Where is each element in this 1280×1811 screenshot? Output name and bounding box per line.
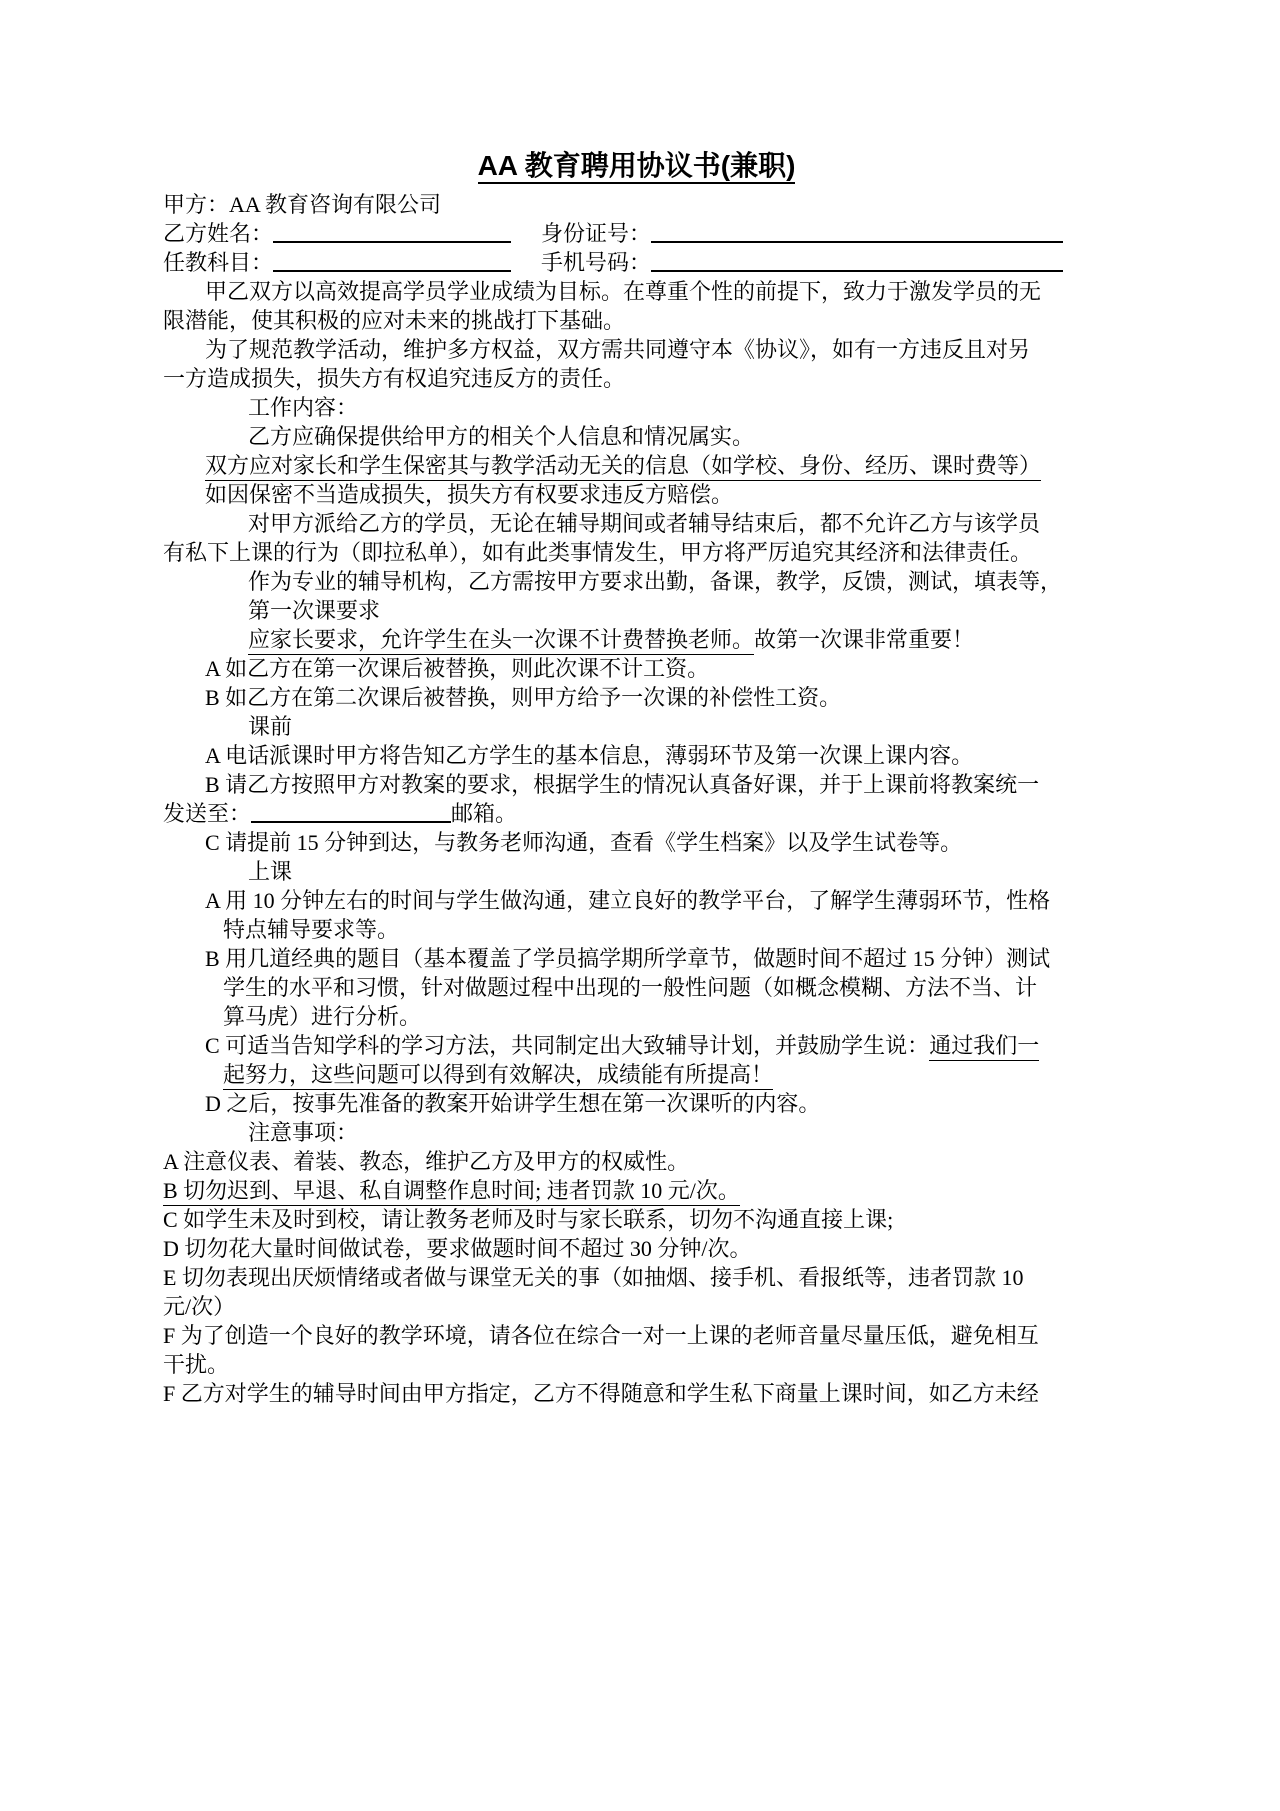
fill-in-blank-line — [273, 221, 511, 243]
document-line: 对甲方派给乙方的学员，无论在辅导期间或者辅导结束后，都不允许乙方与该学员 — [248, 509, 1118, 538]
document-line: 算马虎）进行分析。 — [223, 1002, 1118, 1031]
text-segment: 对甲方派给乙方的学员，无论在辅导期间或者辅导结束后，都不允许乙方与该学员 — [248, 511, 1040, 536]
text-segment: A 注意仪表、着装、教态，维护乙方及甲方的权威性。 — [163, 1149, 689, 1174]
text-segment: 特点辅导要求等。 — [223, 917, 399, 942]
text-segment: 甲方：AA 教育咨询有限公司 — [163, 192, 441, 217]
text-segment: 限潜能，使其积极的应对未来的挑战打下基础。 — [163, 308, 625, 333]
document-line: A 用 10 分钟左右的时间与学生做沟通，建立良好的教学平台，了解学生薄弱环节，… — [205, 886, 1118, 915]
text-segment: B 切勿迟到、早退、私自调整作息时间; 违者罚款 10 元/次。 — [163, 1178, 740, 1206]
document-line: 作为专业的辅导机构，乙方需按甲方要求出勤，备课，教学，反馈，测试，填表等， — [248, 567, 1118, 596]
document-page: AA 教育聘用协议书(兼职) 甲方：AA 教育咨询有限公司乙方姓名：身份证号：任… — [0, 0, 1280, 1811]
document-line: 甲方：AA 教育咨询有限公司 — [163, 190, 1118, 219]
spacer — [511, 269, 541, 270]
text-segment: C 可适当告知学科的学习方法，共同制定出大致辅导计划，并鼓励学生说： — [205, 1033, 929, 1058]
text-segment: 邮箱。 — [451, 801, 517, 826]
document-line: 双方应对家长和学生保密其与教学活动无关的信息（如学校、身份、经历、课时费等） — [205, 451, 1118, 480]
document-line: 学生的水平和习惯，针对做题过程中出现的一般性问题（如概念模糊、方法不当、计 — [223, 973, 1118, 1002]
text-segment: 如因保密不当造成损失，损失方有权要求违反方赔偿。 — [205, 482, 733, 507]
document-body: 甲方：AA 教育咨询有限公司乙方姓名：身份证号：任教科目：手机号码：甲乙双方以高… — [163, 190, 1118, 1408]
document-line: 任教科目：手机号码： — [163, 248, 1118, 277]
document-line: 工作内容： — [248, 393, 1118, 422]
document-line: 上课 — [248, 857, 1118, 886]
text-segment: A 用 10 分钟左右的时间与学生做沟通，建立良好的教学平台，了解学生薄弱环节，… — [205, 888, 1050, 913]
text-segment: 上课 — [248, 859, 292, 884]
document-line: C 如学生未及时到校，请让教务老师及时与家长联系，切勿不沟通直接上课; — [163, 1205, 1118, 1234]
document-line: B 切勿迟到、早退、私自调整作息时间; 违者罚款 10 元/次。 — [163, 1176, 1118, 1205]
document-line: B 用几道经典的题目（基本覆盖了学员搞学期所学章节，做题时间不超过 15 分钟）… — [205, 944, 1118, 973]
document-line: 第一次课要求 — [248, 596, 1118, 625]
text-segment: 第一次课要求 — [248, 598, 380, 623]
document-line: B 如乙方在第二次课后被替换，则甲方给予一次课的补偿性工资。 — [205, 683, 1118, 712]
text-segment: 乙方应确保提供给甲方的相关个人信息和情况属实。 — [248, 424, 754, 449]
document-line: 注意事项： — [248, 1118, 1118, 1147]
text-segment: 手机号码： — [541, 250, 651, 275]
text-segment: 为了规范教学活动，维护多方权益，双方需共同遵守本《协议》，如有一方违反且对另 — [205, 337, 1030, 362]
text-segment: 通过我们一 — [929, 1033, 1039, 1061]
text-segment: B 请乙方按照甲方对教案的要求，根据学生的情况认真备好课，并于上课前将教案统一 — [205, 772, 1039, 797]
document-line: 为了规范教学活动，维护多方权益，双方需共同遵守本《协议》，如有一方违反且对另 — [205, 335, 1118, 364]
document-line: E 切勿表现出厌烦情绪或者做与课堂无关的事（如抽烟、接手机、看报纸等，违者罚款 … — [163, 1263, 1118, 1292]
document-line: B 请乙方按照甲方对教案的要求，根据学生的情况认真备好课，并于上课前将教案统一 — [205, 770, 1118, 799]
text-segment: 注意事项： — [248, 1120, 358, 1145]
document-line: 应家长要求，允许学生在头一次课不计费替换老师。故第一次课非常重要！ — [248, 625, 1118, 654]
document-title: AA 教育聘用协议书(兼职) — [163, 144, 1110, 184]
document-line: 乙方应确保提供给甲方的相关个人信息和情况属实。 — [248, 422, 1118, 451]
text-segment: 双方应对家长和学生保密其与教学活动无关的信息（如学校、身份、经历、课时费等） — [205, 453, 1041, 481]
fill-in-blank-line — [651, 250, 1063, 272]
document-line: 一方造成损失，损失方有权追究违反方的责任。 — [163, 364, 1118, 393]
text-segment: 任教科目： — [163, 250, 273, 275]
document-line: 乙方姓名：身份证号： — [163, 219, 1118, 248]
document-line: 起努力，这些问题可以得到有效解决，成绩能有所提高！ — [223, 1060, 1118, 1089]
text-segment: 干扰。 — [163, 1352, 229, 1377]
document-line: 发送至：邮箱。 — [163, 799, 1118, 828]
text-segment: A 如乙方在第一次课后被替换，则此次课不计工资。 — [205, 656, 709, 681]
text-segment: 乙方姓名： — [163, 221, 273, 246]
text-segment: 算马虎）进行分析。 — [223, 1004, 421, 1029]
spacer — [511, 240, 541, 241]
document-line: C 请提前 15 分钟到达，与教务老师沟通，查看《学生档案》以及学生试卷等。 — [205, 828, 1118, 857]
document-line: F 为了创造一个良好的教学环境，请各位在综合一对一上课的老师音量尽量压低，避免相… — [163, 1321, 1118, 1350]
document-line: A 电话派课时甲方将告知乙方学生的基本信息，薄弱环节及第一次课上课内容。 — [205, 741, 1118, 770]
text-segment: D 之后，按事先准备的教案开始讲学生想在第一次课听的内容。 — [205, 1091, 820, 1116]
document-line: 限潜能，使其积极的应对未来的挑战打下基础。 — [163, 306, 1118, 335]
text-segment: 学生的水平和习惯，针对做题过程中出现的一般性问题（如概念模糊、方法不当、计 — [223, 975, 1037, 1000]
text-segment: F 乙方对学生的辅导时间由甲方指定，乙方不得随意和学生私下商量上课时间，如乙方未… — [163, 1381, 1039, 1406]
text-segment: 元/次） — [163, 1294, 235, 1319]
document-line: 特点辅导要求等。 — [223, 915, 1118, 944]
document-line: 如因保密不当造成损失，损失方有权要求违反方赔偿。 — [205, 480, 1118, 509]
text-segment: F 为了创造一个良好的教学环境，请各位在综合一对一上课的老师音量尽量压低，避免相… — [163, 1323, 1039, 1348]
document-line: F 乙方对学生的辅导时间由甲方指定，乙方不得随意和学生私下商量上课时间，如乙方未… — [163, 1379, 1118, 1408]
document-line: A 如乙方在第一次课后被替换，则此次课不计工资。 — [205, 654, 1118, 683]
fill-in-blank-line — [273, 250, 511, 272]
document-line: 甲乙双方以高效提高学员学业成绩为目标。在尊重个性的前提下，致力于激发学员的无 — [205, 277, 1118, 306]
text-segment: 应家长要求，允许学生在头一次课不计费替换老师。 — [248, 627, 754, 655]
text-segment: 发送至： — [163, 801, 251, 826]
document-line: 课前 — [248, 712, 1118, 741]
document-line: 干扰。 — [163, 1350, 1118, 1379]
text-segment: 工作内容： — [248, 395, 358, 420]
document-line: 有私下上课的行为（即拉私单），如有此类事情发生，甲方将严厉追究其经济和法律责任。 — [163, 538, 1118, 567]
text-segment: A 电话派课时甲方将告知乙方学生的基本信息，薄弱环节及第一次课上课内容。 — [205, 743, 973, 768]
document-line: A 注意仪表、着装、教态，维护乙方及甲方的权威性。 — [163, 1147, 1118, 1176]
text-segment: B 如乙方在第二次课后被替换，则甲方给予一次课的补偿性工资。 — [205, 685, 841, 710]
document-line: C 可适当告知学科的学习方法，共同制定出大致辅导计划，并鼓励学生说：通过我们一 — [205, 1031, 1118, 1060]
text-segment: 故第一次课非常重要！ — [754, 627, 974, 652]
text-segment: E 切勿表现出厌烦情绪或者做与课堂无关的事（如抽烟、接手机、看报纸等，违者罚款 … — [163, 1265, 1023, 1290]
text-segment: D 切勿花大量时间做试卷，要求做题时间不超过 30 分钟/次。 — [163, 1236, 752, 1261]
text-segment: 作为专业的辅导机构，乙方需按甲方要求出勤，备课，教学，反馈，测试，填表等， — [248, 569, 1062, 594]
document-title-text: AA 教育聘用协议书(兼职) — [478, 150, 796, 184]
text-segment: 有私下上课的行为（即拉私单），如有此类事情发生，甲方将严厉追究其经济和法律责任。 — [163, 540, 1032, 565]
document-line: D 之后，按事先准备的教案开始讲学生想在第一次课听的内容。 — [205, 1089, 1118, 1118]
text-segment: B 用几道经典的题目（基本覆盖了学员搞学期所学章节，做题时间不超过 15 分钟）… — [205, 946, 1050, 971]
text-segment: C 请提前 15 分钟到达，与教务老师沟通，查看《学生档案》以及学生试卷等。 — [205, 830, 962, 855]
document-line: 元/次） — [163, 1292, 1118, 1321]
text-segment: 一方造成损失，损失方有权追究违反方的责任。 — [163, 366, 625, 391]
document-line: D 切勿花大量时间做试卷，要求做题时间不超过 30 分钟/次。 — [163, 1234, 1118, 1263]
fill-in-blank-line — [651, 221, 1063, 243]
text-segment: 起努力，这些问题可以得到有效解决，成绩能有所提高！ — [223, 1062, 773, 1090]
text-segment: C 如学生未及时到校，请让教务老师及时与家长联系，切勿不沟通直接上课; — [163, 1207, 893, 1232]
text-segment: 课前 — [248, 714, 292, 739]
text-segment: 甲乙双方以高效提高学员学业成绩为目标。在尊重个性的前提下，致力于激发学员的无 — [205, 279, 1041, 304]
text-segment: 身份证号： — [541, 221, 651, 246]
fill-in-blank-line — [251, 801, 451, 823]
